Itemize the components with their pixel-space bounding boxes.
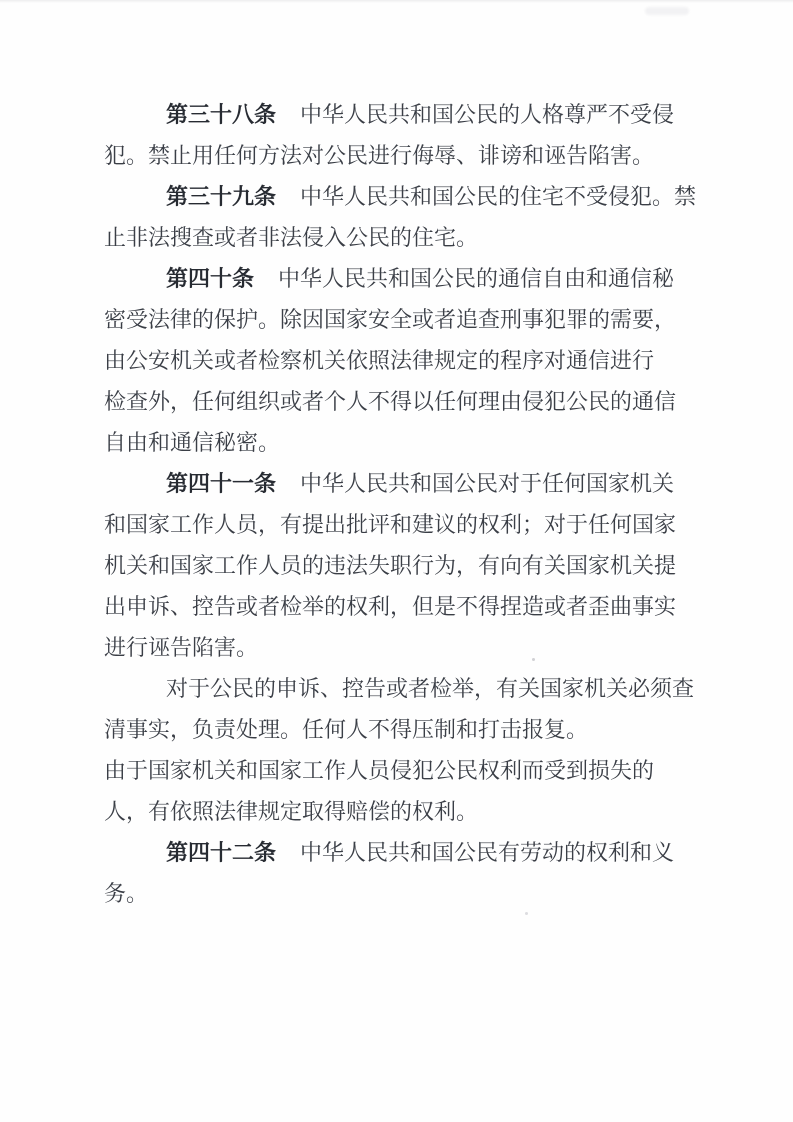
article-number: 第三十九条 — [166, 184, 276, 210]
text-line: 出申诉、控告或者检举的权利，但是不得捏造或者歪曲事实 — [104, 587, 686, 628]
line-text: 中华人民共和国公民对于任何国家机关 — [300, 472, 674, 497]
text-block: 第三十八条中华人民共和国公民的人格尊严不受侵犯。禁止用任何方法对公民进行侮辱、诽… — [104, 95, 686, 915]
text-line: 务。 — [104, 874, 686, 915]
text-line: 止非法搜查或者非法侵入公民的住宅。 — [104, 218, 686, 259]
line-text: 清事实，负责处理。任何人不得压制和打击报复。 — [104, 718, 588, 743]
text-line: 对于公民的申诉、控告或者检举，有关国家机关必须查 — [104, 669, 686, 710]
text-line: 和国家工作人员，有提出批评和建议的权利；对于任何国家 — [104, 505, 686, 546]
article-number: 第四十一条 — [166, 471, 276, 497]
line-text: 出申诉、控告或者检举的权利，但是不得捏造或者歪曲事实 — [104, 595, 676, 620]
article-number: 第三十八条 — [166, 102, 276, 128]
line-text: 中华人民共和国公民有劳动的权利和义 — [300, 841, 674, 866]
text-line: 自由和通信秘密。 — [104, 423, 686, 464]
line-text: 犯。禁止用任何方法对公民进行侮辱、诽谤和诬告陷害。 — [104, 144, 654, 169]
text-line: 第四十二条中华人民共和国公民有劳动的权利和义 — [104, 833, 686, 874]
text-line: 犯。禁止用任何方法对公民进行侮辱、诽谤和诬告陷害。 — [104, 136, 686, 177]
line-text: 密受法律的保护。除因国家安全或者追查刑事犯罪的需要， — [104, 308, 676, 333]
text-line: 第四十条中华人民共和国公民的通信自由和通信秘 — [104, 259, 686, 300]
article-number: 第四十条 — [166, 266, 254, 292]
text-line: 机关和国家工作人员的违法失职行为，有向有关国家机关提 — [104, 546, 686, 587]
article-number: 第四十二条 — [166, 840, 276, 866]
line-text: 中华人民共和国公民的住宅不受侵犯。禁 — [300, 185, 696, 210]
line-text: 自由和通信秘密。 — [104, 431, 280, 456]
line-text: 机关和国家工作人员的违法失职行为，有向有关国家机关提 — [104, 554, 676, 579]
line-text: 中华人民共和国公民的人格尊严不受侵 — [300, 103, 674, 128]
text-line: 第三十九条中华人民共和国公民的住宅不受侵犯。禁 — [104, 177, 686, 218]
line-text: 止非法搜查或者非法侵入公民的住宅。 — [104, 226, 478, 251]
line-text: 由于国家机关和国家工作人员侵犯公民权利而受到损失的 — [104, 759, 654, 784]
line-text: 由公安机关或者检察机关依照法律规定的程序对通信进行 — [104, 349, 654, 374]
scan-edge-artifact — [0, 0, 793, 3]
line-text: 和国家工作人员，有提出批评和建议的权利；对于任何国家 — [104, 513, 676, 538]
scan-smudge-artifact — [645, 7, 689, 15]
text-line: 进行诬告陷害。 — [104, 628, 686, 669]
line-text: 人，有依照法律规定取得赔偿的权利。 — [104, 800, 478, 825]
line-text: 中华人民共和国公民的通信自由和通信秘 — [278, 267, 674, 292]
text-line: 密受法律的保护。除因国家安全或者追查刑事犯罪的需要， — [104, 300, 686, 341]
text-line: 检查外，任何组织或者个人不得以任何理由侵犯公民的通信 — [104, 382, 686, 423]
text-line: 人，有依照法律规定取得赔偿的权利。 — [104, 792, 686, 833]
line-text: 对于公民的申诉、控告或者检举，有关国家机关必须查 — [166, 677, 694, 702]
text-line: 由于国家机关和国家工作人员侵犯公民权利而受到损失的 — [104, 751, 686, 792]
scanned-document-page: 第三十八条中华人民共和国公民的人格尊严不受侵犯。禁止用任何方法对公民进行侮辱、诽… — [0, 0, 793, 1122]
text-line: 第四十一条中华人民共和国公民对于任何国家机关 — [104, 464, 686, 505]
text-line: 第三十八条中华人民共和国公民的人格尊严不受侵 — [104, 95, 686, 136]
line-text: 务。 — [104, 882, 148, 907]
line-text: 检查外，任何组织或者个人不得以任何理由侵犯公民的通信 — [104, 390, 676, 415]
text-line: 由公安机关或者检察机关依照法律规定的程序对通信进行 — [104, 341, 686, 382]
line-text: 进行诬告陷害。 — [104, 636, 258, 661]
text-line: 清事实，负责处理。任何人不得压制和打击报复。 — [104, 710, 686, 751]
